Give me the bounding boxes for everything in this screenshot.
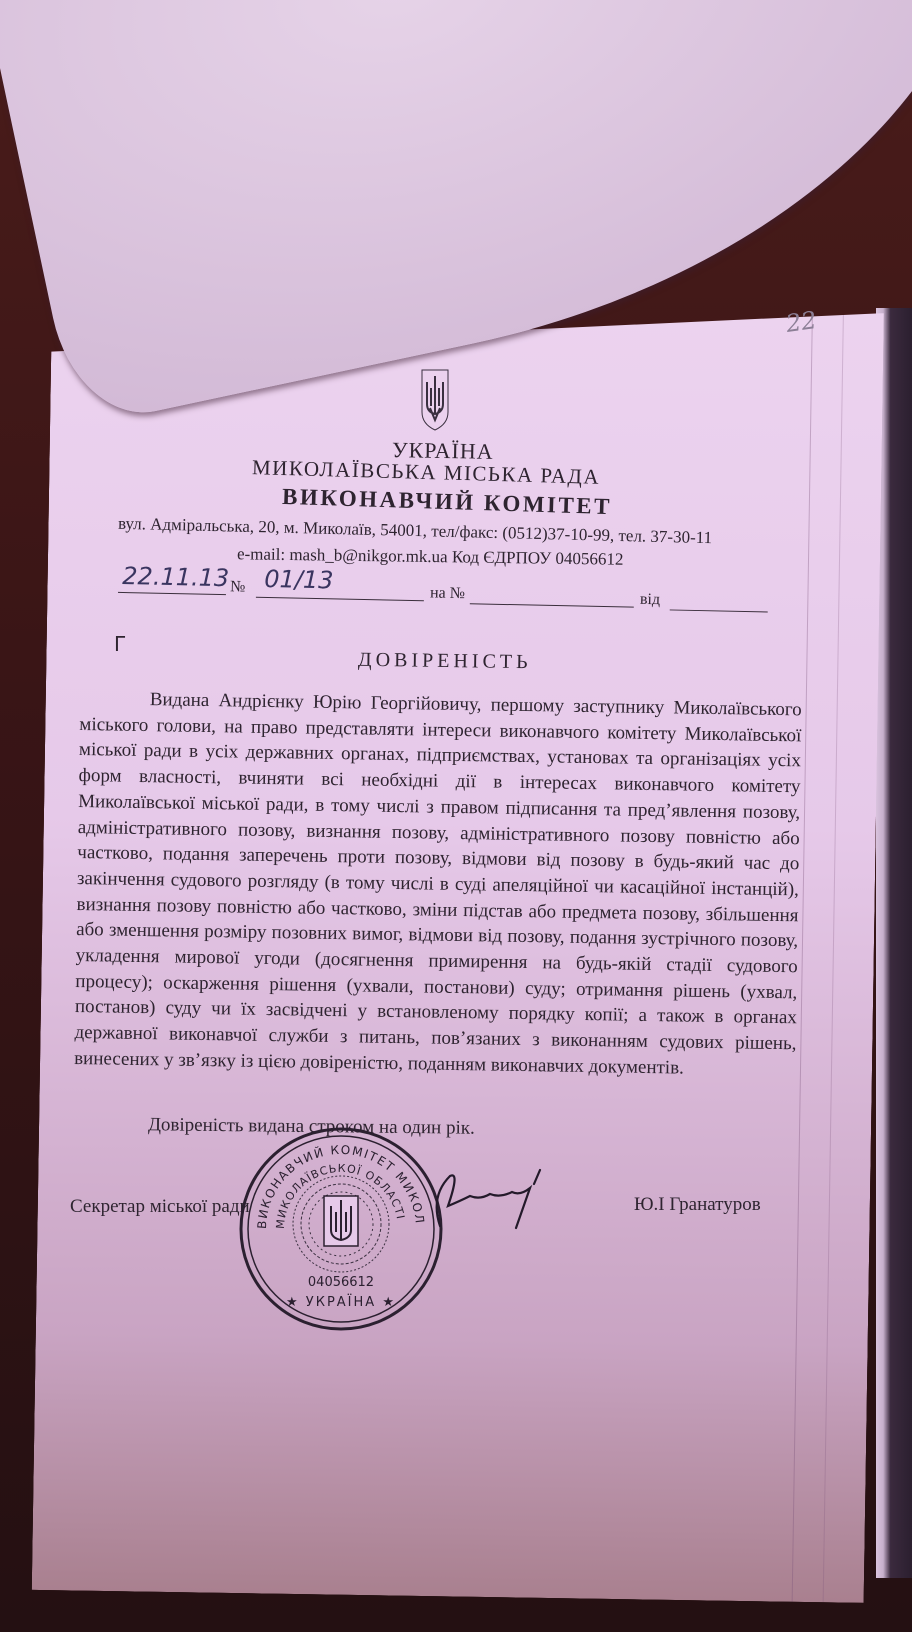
- document-content: 22 УКРАЇНА МИКОЛАЇВСЬКА МІСЬКА РАДА ВИКО…: [0, 0, 912, 1632]
- header-address: вул. Адміральська, 20, м. Миколаїв, 5400…: [118, 514, 712, 549]
- corner-mark: Г: [114, 632, 126, 656]
- document-body: Видана Андрієнку Юрію Георгійовичу, перш…: [74, 686, 802, 1083]
- number-label: №: [230, 578, 246, 596]
- handwritten-signature: [420, 1166, 590, 1236]
- signatory-role: Секретар міської ради: [70, 1196, 250, 1218]
- document-title: ДОВІРЕНІСТЬ: [358, 649, 532, 674]
- from-label: від: [640, 591, 661, 609]
- handwritten-number: 01/13: [264, 565, 334, 594]
- from-field: [670, 585, 769, 612]
- official-seal-stamp: ВИКОНАВЧИЙ КОМІТЕТ МИКОЛАЇВСЬКОЇ МІСЬКОЇ…: [236, 1124, 446, 1334]
- header-committee: ВИКОНАВЧИЙ КОМІТЕТ: [282, 484, 613, 520]
- signatory-name: Ю.І Гранатуров: [634, 1194, 761, 1216]
- stamp-country: ★ УКРАЇНА ★: [286, 1294, 396, 1310]
- handwritten-page-number: 22: [784, 306, 818, 338]
- reply-to-field: [470, 579, 634, 607]
- stamp-code: 04056612: [308, 1275, 374, 1290]
- handwritten-date: 22.11.13: [122, 562, 229, 592]
- trident-emblem-icon: [420, 368, 450, 432]
- reply-to-label: на №: [430, 584, 465, 603]
- body-paragraph: Видана Андрієнку Юрію Георгійовичу, перш…: [74, 686, 802, 1083]
- registration-line: 22.11.13 № 01/13 на № від: [118, 568, 799, 622]
